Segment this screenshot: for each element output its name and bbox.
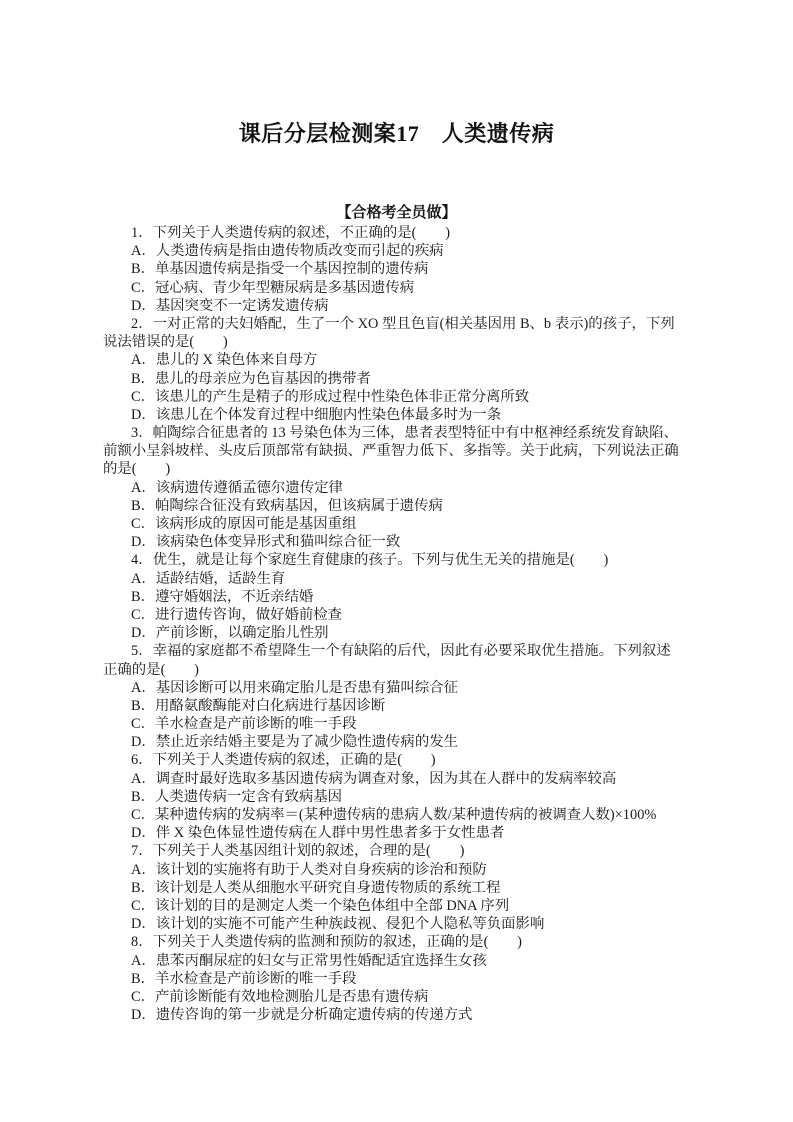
question-3-option-A: A．该病遗传遵循孟德尔遗传定律 [103,479,689,497]
section-header: 【合格考全员做】 [0,201,793,222]
question-3-stem-line: 前额小呈斜坡样、头皮后顶部常有缺损、严重智力低下、多指等。关于此病，下列说法正确 [103,442,689,460]
question-2-option-A: A．患儿的 X 染色体来自母方 [103,351,689,369]
question-2-stem-line: 2．一对正常的夫妇婚配，生了一个 XO 型且色盲(相关基因用 B、b 表示)的孩… [103,315,689,333]
question-4-stem-line: 4．优生，就是让每个家庭生育健康的孩子。下列与优生无关的措施是( ) [103,551,689,569]
question-4-option-D: D．产前诊断，以确定胎儿性别 [103,624,689,642]
question-3-stem-line: 3．帕陶综合征患者的 13 号染色体为三体，患者表型特征中有中枢神经系统发育缺陷… [103,424,689,442]
question-6-option-B: B．人类遗传病一定含有致病基因 [103,788,689,806]
question-8-option-C: C．产前诊断能有效地检测胎儿是否患有遗传病 [103,988,689,1006]
question-8-stem-line: 8．下列关于人类遗传病的监测和预防的叙述，正确的是( ) [103,933,689,951]
question-1-option-D: D．基因突变不一定诱发遗传病 [103,297,689,315]
question-2-stem-line: 说法错误的是( ) [103,333,689,351]
question-3-option-B: B．帕陶综合征没有致病基因，但该病属于遗传病 [103,497,689,515]
page-title: 课后分层检测案17 人类遗传病 [0,117,793,148]
question-1-option-A: A．人类遗传病是指由遗传物质改变而引起的疾病 [103,242,689,260]
question-2-option-D: D．该患儿在个体发育过程中细胞内性染色体最多时为一条 [103,406,689,424]
question-1-option-B: B．单基因遗传病是指受一个基因控制的遗传病 [103,260,689,278]
question-2-option-C: C．该患儿的产生是精子的形成过程中性染色体非正常分离所致 [103,388,689,406]
question-7-option-A: A．该计划的实施将有助于人类对自身疾病的诊治和预防 [103,861,689,879]
question-6-stem-line: 6．下列关于人类遗传病的叙述，正确的是( ) [103,751,689,769]
question-5-stem-line: 正确的是( ) [103,661,689,679]
question-1-stem-line: 1．下列关于人类遗传病的叙述，不正确的是( ) [103,224,689,242]
question-6-option-D: D．伴 X 染色体显性遗传病在人群中男性患者多于女性患者 [103,824,689,842]
question-4-option-B: B．遵守婚姻法，不近亲结婚 [103,588,689,606]
document-page: 课后分层检测案17 人类遗传病 【合格考全员做】 1．下列关于人类遗传病的叙述，… [0,0,793,1122]
question-5-option-A: A．基因诊断可以用来确定胎儿是否患有猫叫综合征 [103,679,689,697]
question-5-option-C: C．羊水检查是产前诊断的唯一手段 [103,715,689,733]
question-7-option-B: B．该计划是人类从细胞水平研究自身遗传物质的系统工程 [103,879,689,897]
question-4-option-C: C．进行遗传咨询，做好婚前检查 [103,606,689,624]
question-5-stem-line: 5．幸福的家庭都不希望降生一个有缺陷的后代，因此有必要采取优生措施。下列叙述 [103,642,689,660]
question-8-option-D: D．遗传咨询的第一步就是分析确定遗传病的传递方式 [103,1006,689,1024]
question-5-option-B: B．用酪氨酸酶能对白化病进行基因诊断 [103,697,689,715]
question-3-stem-line: 的是( ) [103,460,689,478]
question-6-option-C: C．某种遗传病的发病率＝(某种遗传病的患病人数/某种遗传病的被调查人数)×100… [103,806,689,824]
question-7-stem-line: 7．下列关于人类基因组计划的叙述，合理的是( ) [103,842,689,860]
question-3-option-C: C．该病形成的原因可能是基因重组 [103,515,689,533]
question-5-option-D: D．禁止近亲结婚主要是为了减少隐性遗传病的发生 [103,733,689,751]
question-7-option-D: D．该计划的实施不可能产生种族歧视、侵犯个人隐私等负面影响 [103,915,689,933]
question-2-option-B: B．患儿的母亲应为色盲基因的携带者 [103,370,689,388]
question-1-option-C: C．冠心病、青少年型糖尿病是多基因遗传病 [103,279,689,297]
question-4-option-A: A．适龄结婚，适龄生育 [103,570,689,588]
question-list: 1．下列关于人类遗传病的叙述，不正确的是( )A．人类遗传病是指由遗传物质改变而… [103,224,689,1024]
question-7-option-C: C．该计划的目的是测定人类一个染色体组中全部 DNA 序列 [103,897,689,915]
question-8-option-A: A．患苯丙酮尿症的妇女与正常男性婚配适宜选择生女孩 [103,952,689,970]
question-8-option-B: B．羊水检查是产前诊断的唯一手段 [103,970,689,988]
question-3-option-D: D．该病染色体变异形式和猫叫综合征一致 [103,533,689,551]
question-6-option-A: A．调查时最好选取多基因遗传病为调查对象，因为其在人群中的发病率较高 [103,770,689,788]
